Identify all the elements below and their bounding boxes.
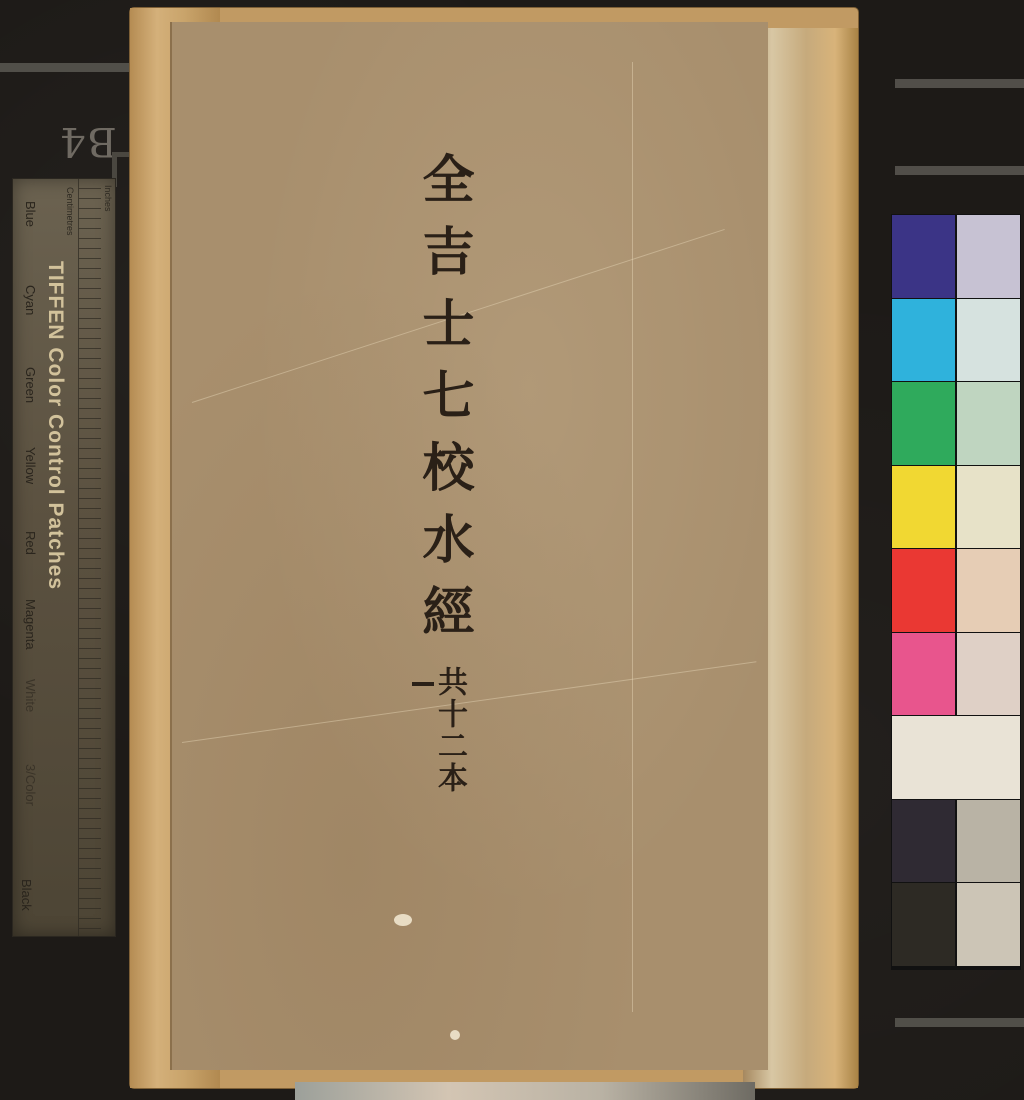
book-title: 全吉士七校水經 (417, 152, 469, 656)
paper-damage-spot (394, 914, 412, 926)
ruler-color-label: Magenta (23, 599, 38, 650)
ruler-color-label: Black (19, 879, 34, 911)
patch-black-light (957, 883, 1020, 966)
board-label: B4 (58, 118, 117, 164)
ruler-scale (78, 179, 101, 936)
page-slip (295, 1082, 755, 1100)
ruler-color-label: Red (23, 531, 38, 555)
guide-line (895, 1018, 1024, 1027)
patch-red-light (957, 549, 1020, 632)
set-note: 共十二本 (434, 666, 464, 794)
patch-magenta (892, 633, 955, 716)
ruler-brand: TIFFEN Color Control Patches (43, 261, 67, 590)
patch-three-color (892, 800, 955, 883)
patch-green (892, 382, 955, 465)
volume-mark (412, 682, 434, 686)
guide-line (895, 79, 1024, 88)
patch-yellow-light (957, 466, 1020, 549)
patch-cyan (892, 299, 955, 382)
cover-crease (632, 62, 633, 1012)
patch-blue (892, 215, 955, 298)
patch-yellow (892, 466, 955, 549)
patch-blue-light (957, 215, 1020, 298)
ruler-color-label: Blue (23, 201, 38, 227)
ruler-color-label: Cyan (23, 285, 38, 315)
guide-line (895, 166, 1024, 175)
cover-crease (182, 661, 756, 743)
patch-magenta-light (957, 633, 1020, 716)
color-patch-strip (891, 214, 1021, 970)
ruler-color-label: Green (23, 367, 38, 403)
patch-three-color-light (957, 800, 1020, 883)
patch-white (892, 716, 1020, 799)
patch-cyan-light (957, 299, 1020, 382)
paper-damage-spot (450, 1030, 460, 1040)
book-cover: 全吉士七校水經 共十二本 (170, 22, 768, 1070)
ruler-cm-label: Centimetres (65, 187, 75, 236)
patch-red (892, 549, 955, 632)
ruler-color-label: White (23, 679, 38, 712)
calibration-ruler: Inches Centimetres TIFFEN Color Control … (12, 178, 116, 937)
book: 全吉士七校水經 共十二本 (130, 8, 858, 1088)
ruler-inches-label: Inches (103, 185, 113, 212)
ruler-color-label: Yellow (23, 447, 38, 484)
patch-black (892, 883, 955, 966)
ruler-color-label: 3/Color (23, 764, 38, 806)
patch-green-light (957, 382, 1020, 465)
